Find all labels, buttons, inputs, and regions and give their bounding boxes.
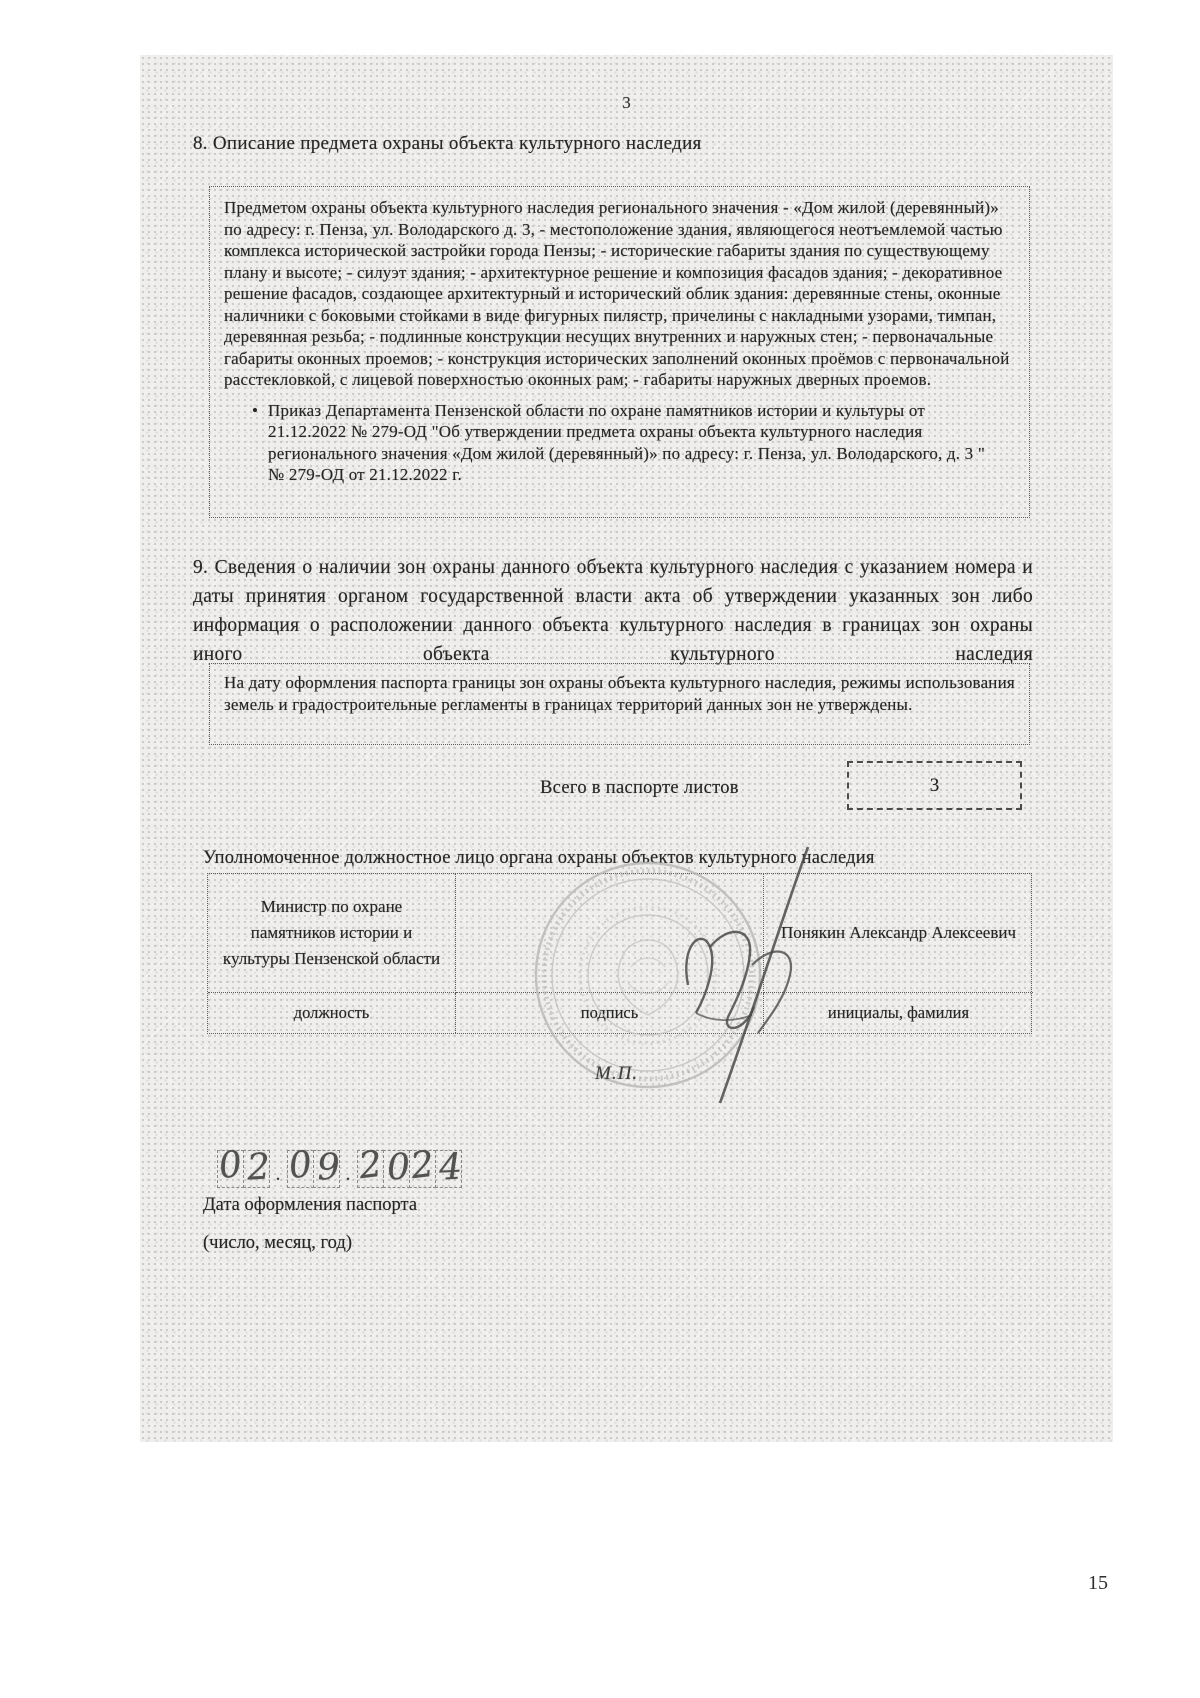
date-cell: 0 [383, 1150, 410, 1188]
date-cell: 0 [287, 1150, 314, 1188]
protection-subject-description: Предметом охраны объекта культурного нас… [224, 197, 1015, 391]
official-position-cell: Министр по охране памятников истории и к… [208, 874, 456, 993]
date-cell: 2 [243, 1150, 270, 1188]
date-cell: 2 [409, 1150, 436, 1188]
date-separator: . [339, 1163, 357, 1188]
name-label: инициалы, фамилия [764, 993, 1033, 1033]
position-label: должность [208, 993, 456, 1033]
signature-cell [456, 874, 764, 993]
sheets-total-value: 3 [930, 775, 940, 797]
document-page: 3 8. Описание предмета охраны объекта ку… [0, 0, 1200, 1698]
date-day-group: 0 2 [217, 1150, 269, 1188]
section9-box: На дату оформления паспорта границы зон … [209, 663, 1030, 745]
date-caption-format: (число, месяц, год) [203, 1233, 352, 1254]
date-separator: . [269, 1163, 287, 1188]
signature-label: подпись [456, 993, 764, 1033]
protection-zones-note: На дату оформления паспорта границы зон … [224, 672, 1015, 715]
signature-table: Министр по охране памятников истории и к… [207, 873, 1032, 1034]
section9-heading: 9. Сведения о наличии зон охраны данного… [193, 553, 1033, 669]
passport-date-cells: 0 2 . 0 9 . 2 0 2 4 [217, 1150, 461, 1188]
authorized-official-heading: Уполномоченное должностное лицо органа о… [203, 848, 1043, 869]
sheet-number: 3 [140, 93, 1113, 113]
section8-box: Предметом охраны объекта культурного нас… [209, 186, 1030, 518]
date-caption: Дата оформления паспорта [203, 1195, 417, 1216]
date-cell: 4 [435, 1150, 462, 1188]
date-cell: 9 [313, 1150, 340, 1188]
section8-heading: 8. Описание предмета охраны объекта куль… [193, 133, 1053, 155]
date-cell: 2 [357, 1150, 384, 1188]
sheets-total-label: Всего в паспорте листов [540, 778, 739, 799]
date-cell: 0 [217, 1150, 244, 1188]
bullet-icon: • [252, 400, 268, 486]
date-month-group: 0 9 [287, 1150, 339, 1188]
order-item-text: Приказ Департамента Пензенской области п… [268, 400, 1015, 486]
page-number: 15 [1088, 1572, 1108, 1595]
order-list-item: • Приказ Департамента Пензенской области… [224, 400, 1015, 486]
date-year-group: 2 0 2 4 [357, 1150, 461, 1188]
scanned-sheet: 3 8. Описание предмета охраны объекта ку… [140, 55, 1113, 1442]
stamp-place-label: М.П. [595, 1063, 638, 1085]
official-name-cell: Понякин Александр Алексеевич [764, 874, 1033, 993]
sheets-total-value-box: 3 [847, 761, 1022, 810]
